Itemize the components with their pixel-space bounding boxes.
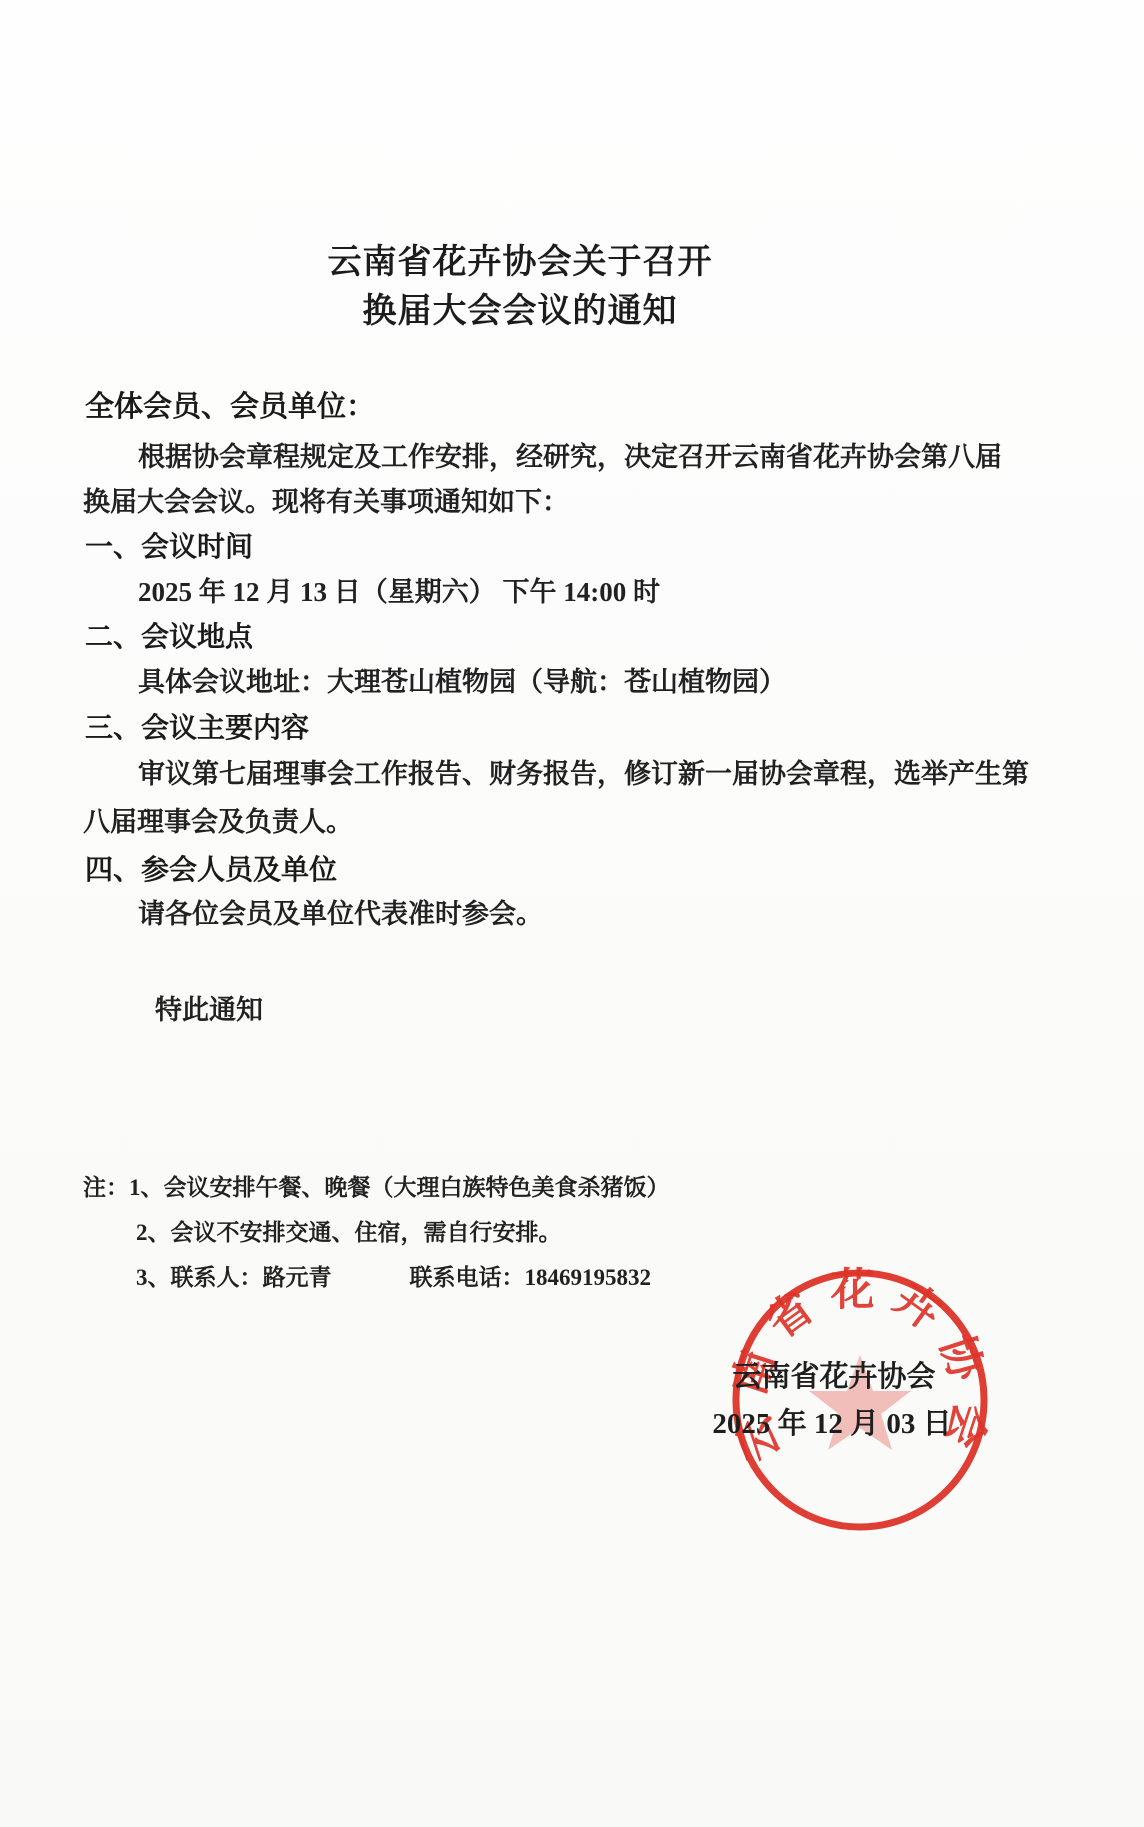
document-title-line-2: 换届大会会议的通知 (0, 291, 1040, 331)
section-heading-meeting-time: 一、会议时间 (85, 527, 253, 567)
signature-organization: 云南省花卉协会 (723, 1354, 945, 1395)
note-line-2: 2、会议不安排交通、住宿，需自行安排。 (136, 1213, 562, 1253)
section-heading-participants: 四、参会人员及单位 (85, 850, 337, 890)
official-seal-stamp: 云南省花卉协会 (715, 1252, 1005, 1548)
greeting-line: 全体会员、会员单位： (85, 387, 375, 427)
intro-line-1: 根据协会章程规定及工作安排，经研究，决定召开云南省花卉协会第八届 (138, 437, 1002, 477)
meeting-content-line-1: 审议第七届理事会工作报告、财务报告，修订新一届协会章程，选举产生第 (138, 754, 1029, 794)
meeting-time-line: 2025 年 12 月 13 日（星期六） 下午 14:00 时 (138, 572, 660, 612)
meeting-place-line: 具体会议地址：大理苍山植物园（导航：苍山植物园） (138, 662, 786, 702)
participants-line: 请各位会员及单位代表准时参会。 (138, 894, 543, 934)
notice-page: 云南省花卉协会关于召开 换届大会会议的通知 全体会员、会员单位： 根据协会章程规… (0, 0, 1144, 1827)
intro-line-2: 换届大会会议。现将有关事项通知如下： (83, 482, 569, 522)
note-contact-phone: 联系电话：18469195832 (410, 1265, 652, 1290)
closing-line: 特此通知 (155, 990, 263, 1030)
section-heading-meeting-place: 二、会议地点 (85, 617, 253, 657)
meeting-content-line-2: 八届理事会及负责人。 (83, 802, 353, 842)
document-title-line-1: 云南省花卉协会关于召开 (0, 242, 1040, 282)
note-line-3: 3、联系人：路元青联系电话：18469195832 (136, 1258, 651, 1298)
note-line-1: 注：1、会议安排午餐、晚餐（大理白族特色美食杀猪饭） (83, 1168, 670, 1208)
note-contact-person: 3、联系人：路元青 (136, 1265, 332, 1290)
signature-date: 2025 年 12 月 03 日 (710, 1401, 954, 1442)
section-heading-meeting-content: 三、会议主要内容 (85, 708, 309, 748)
